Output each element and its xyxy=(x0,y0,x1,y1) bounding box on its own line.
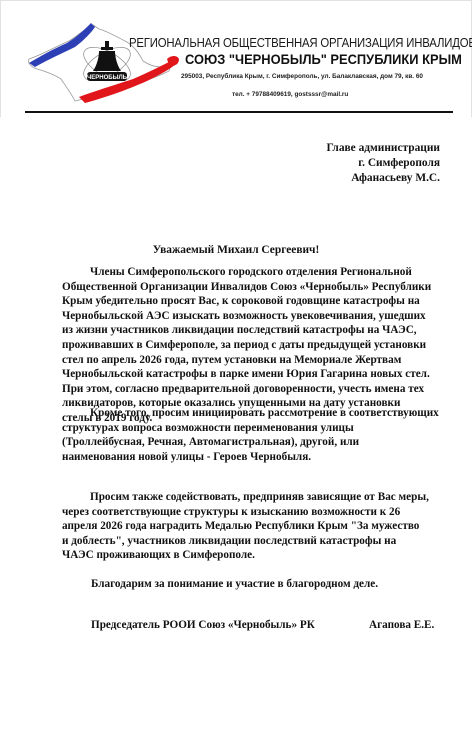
crimea-chernobyl-logo-icon: ЧЕРНОБЫЛЬ xyxy=(21,19,181,105)
paragraph-memorial-request: Члены Симферопольского городского отделе… xyxy=(62,265,432,426)
paragraph-street-renaming: Кроме того, просим инициировать рассмотр… xyxy=(62,406,432,464)
org-address: 295003, Республика Крым, г. Симферополь,… xyxy=(181,73,423,80)
org-name-line2: СОЮЗ "ЧЕРНОБЫЛЬ" РЕСПУБЛИКИ КРЫМ xyxy=(185,51,462,67)
paragraph-line: Чернобыльской катастрофы в парке имени Ю… xyxy=(62,367,432,382)
paragraph-line: через соответствующие структуры к изыска… xyxy=(62,505,432,520)
addressee-block: Главе администрации г. Симферополя Афана… xyxy=(326,141,440,186)
signer-title: Председатель РООИ Союз «Чернобыль» РК xyxy=(91,619,315,631)
letterhead: ЧЕРНОБЫЛЬ РЕГИОНАЛЬНАЯ ОБЩЕСТВЕННАЯ ОРГА… xyxy=(0,0,472,117)
signer-name: Агапова Е.Е. xyxy=(369,619,434,631)
org-contacts: тел. + 79788409619, gostsssr@mail.ru xyxy=(232,91,348,98)
paragraph-line: структурах вопроса возможности переимено… xyxy=(62,421,432,436)
svg-text:ЧЕРНОБЫЛЬ: ЧЕРНОБЫЛЬ xyxy=(87,75,128,81)
paragraph-line: Крым убедительно просят Вас, к сороковой… xyxy=(62,294,432,309)
paragraph-line: ЧАЭС проживающих в Симферополе. xyxy=(62,548,432,563)
paragraph-medal-request: Просим также содействовать, предприняв з… xyxy=(62,490,432,563)
paragraph-line: проживавших в Симферополе, за период с д… xyxy=(62,338,432,353)
paragraph-line: из жизни участников ликвидации последств… xyxy=(62,323,432,338)
paragraph-line: При этом, согласно предварительной догов… xyxy=(62,382,432,397)
letterhead-divider xyxy=(25,111,453,113)
paragraph-line: Члены Симферопольского городского отделе… xyxy=(62,265,432,280)
paragraph-line: Чернобыльской АЭС изыскать возможность у… xyxy=(62,309,432,324)
paragraph-line: стел по апрель 2026 года, путем установк… xyxy=(62,353,432,368)
paragraph-line: Кроме того, просим инициировать рассмотр… xyxy=(62,406,432,421)
salutation: Уважаемый Михаил Сергеевич! xyxy=(0,244,472,256)
addressee-line: Афанасьеву М.С. xyxy=(326,171,440,186)
addressee-line: Главе администрации xyxy=(326,141,440,156)
closing-thanks: Благодарим за понимание и участие в благ… xyxy=(91,578,378,590)
paragraph-line: и доблесть", участников ликвидации после… xyxy=(62,534,432,549)
paragraph-line: наименования новой улицы - Героев Черноб… xyxy=(62,450,432,465)
paragraph-line: (Троллейбусная, Речная, Автомагистральна… xyxy=(62,435,432,450)
addressee-line: г. Симферополя xyxy=(326,156,440,171)
paragraph-line: Просим также содействовать, предприняв з… xyxy=(62,490,432,505)
paragraph-line: апреля 2026 года наградить Медалью Респу… xyxy=(62,519,432,534)
paragraph-line: Общественной Организации Инвалидов Союз … xyxy=(62,280,432,295)
org-name-line1: РЕГИОНАЛЬНАЯ ОБЩЕСТВЕННАЯ ОРГАНИЗАЦИЯ ИН… xyxy=(129,35,472,50)
